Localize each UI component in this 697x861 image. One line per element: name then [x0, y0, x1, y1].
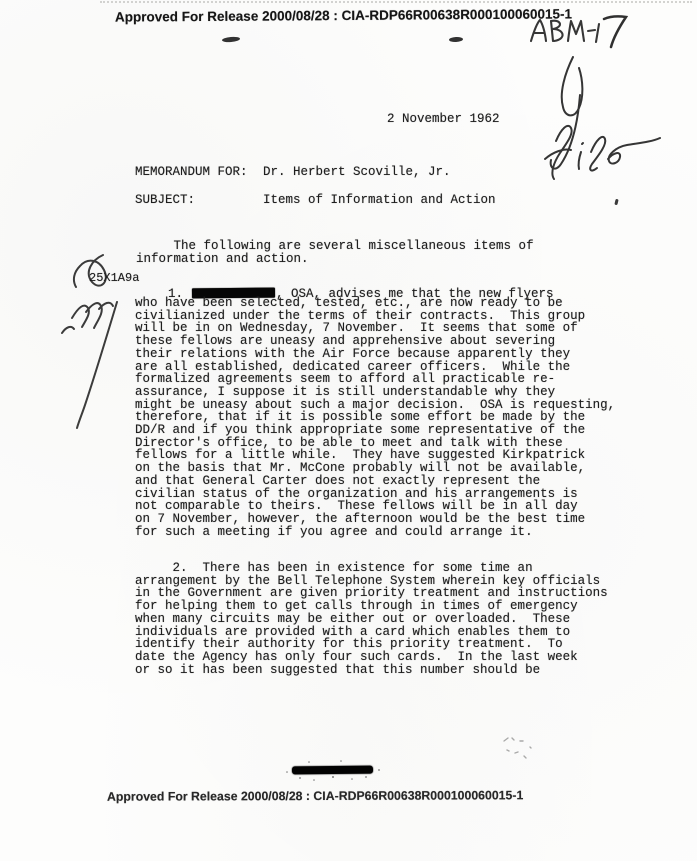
subject-value: Items of Information and Action	[263, 194, 496, 207]
handwritten-file-note	[545, 57, 660, 179]
memorandum-for-value: Dr. Herbert Scoville, Jr.	[263, 166, 451, 179]
memo-date: 2 November 1962	[387, 113, 500, 126]
paragraph1-body: who have been selected, tested, etc., ar…	[135, 297, 615, 538]
stray-mark	[614, 199, 618, 206]
redaction-box-footer	[292, 766, 373, 775]
memorandum-for-label: MEMORANDUM FOR:	[135, 166, 248, 179]
handwritten-abm-code	[531, 20, 599, 42]
approved-for-release-stamp-bottom: Approved For Release 2000/08/28 : CIA-RD…	[107, 788, 523, 803]
handwritten-seven	[604, 16, 626, 47]
ink-smudge	[449, 37, 463, 43]
paragraph2-body: 2. There has been in existence for some …	[135, 562, 608, 676]
scan-edge-artifact	[100, 1, 692, 3]
subject-label: SUBJECT:	[135, 194, 195, 207]
ink-smudge	[222, 36, 240, 43]
scanned-memo-page: Approved For Release 2000/08/28 : CIA-RD…	[0, 0, 697, 861]
approved-for-release-stamp-top: Approved For Release 2000/08/28 : CIA-RD…	[115, 6, 572, 24]
intro-paragraph: The following are several miscellaneous …	[136, 240, 534, 265]
classification-margin-code: 25X1A9a	[89, 272, 139, 285]
pencil-marks	[504, 738, 531, 758]
